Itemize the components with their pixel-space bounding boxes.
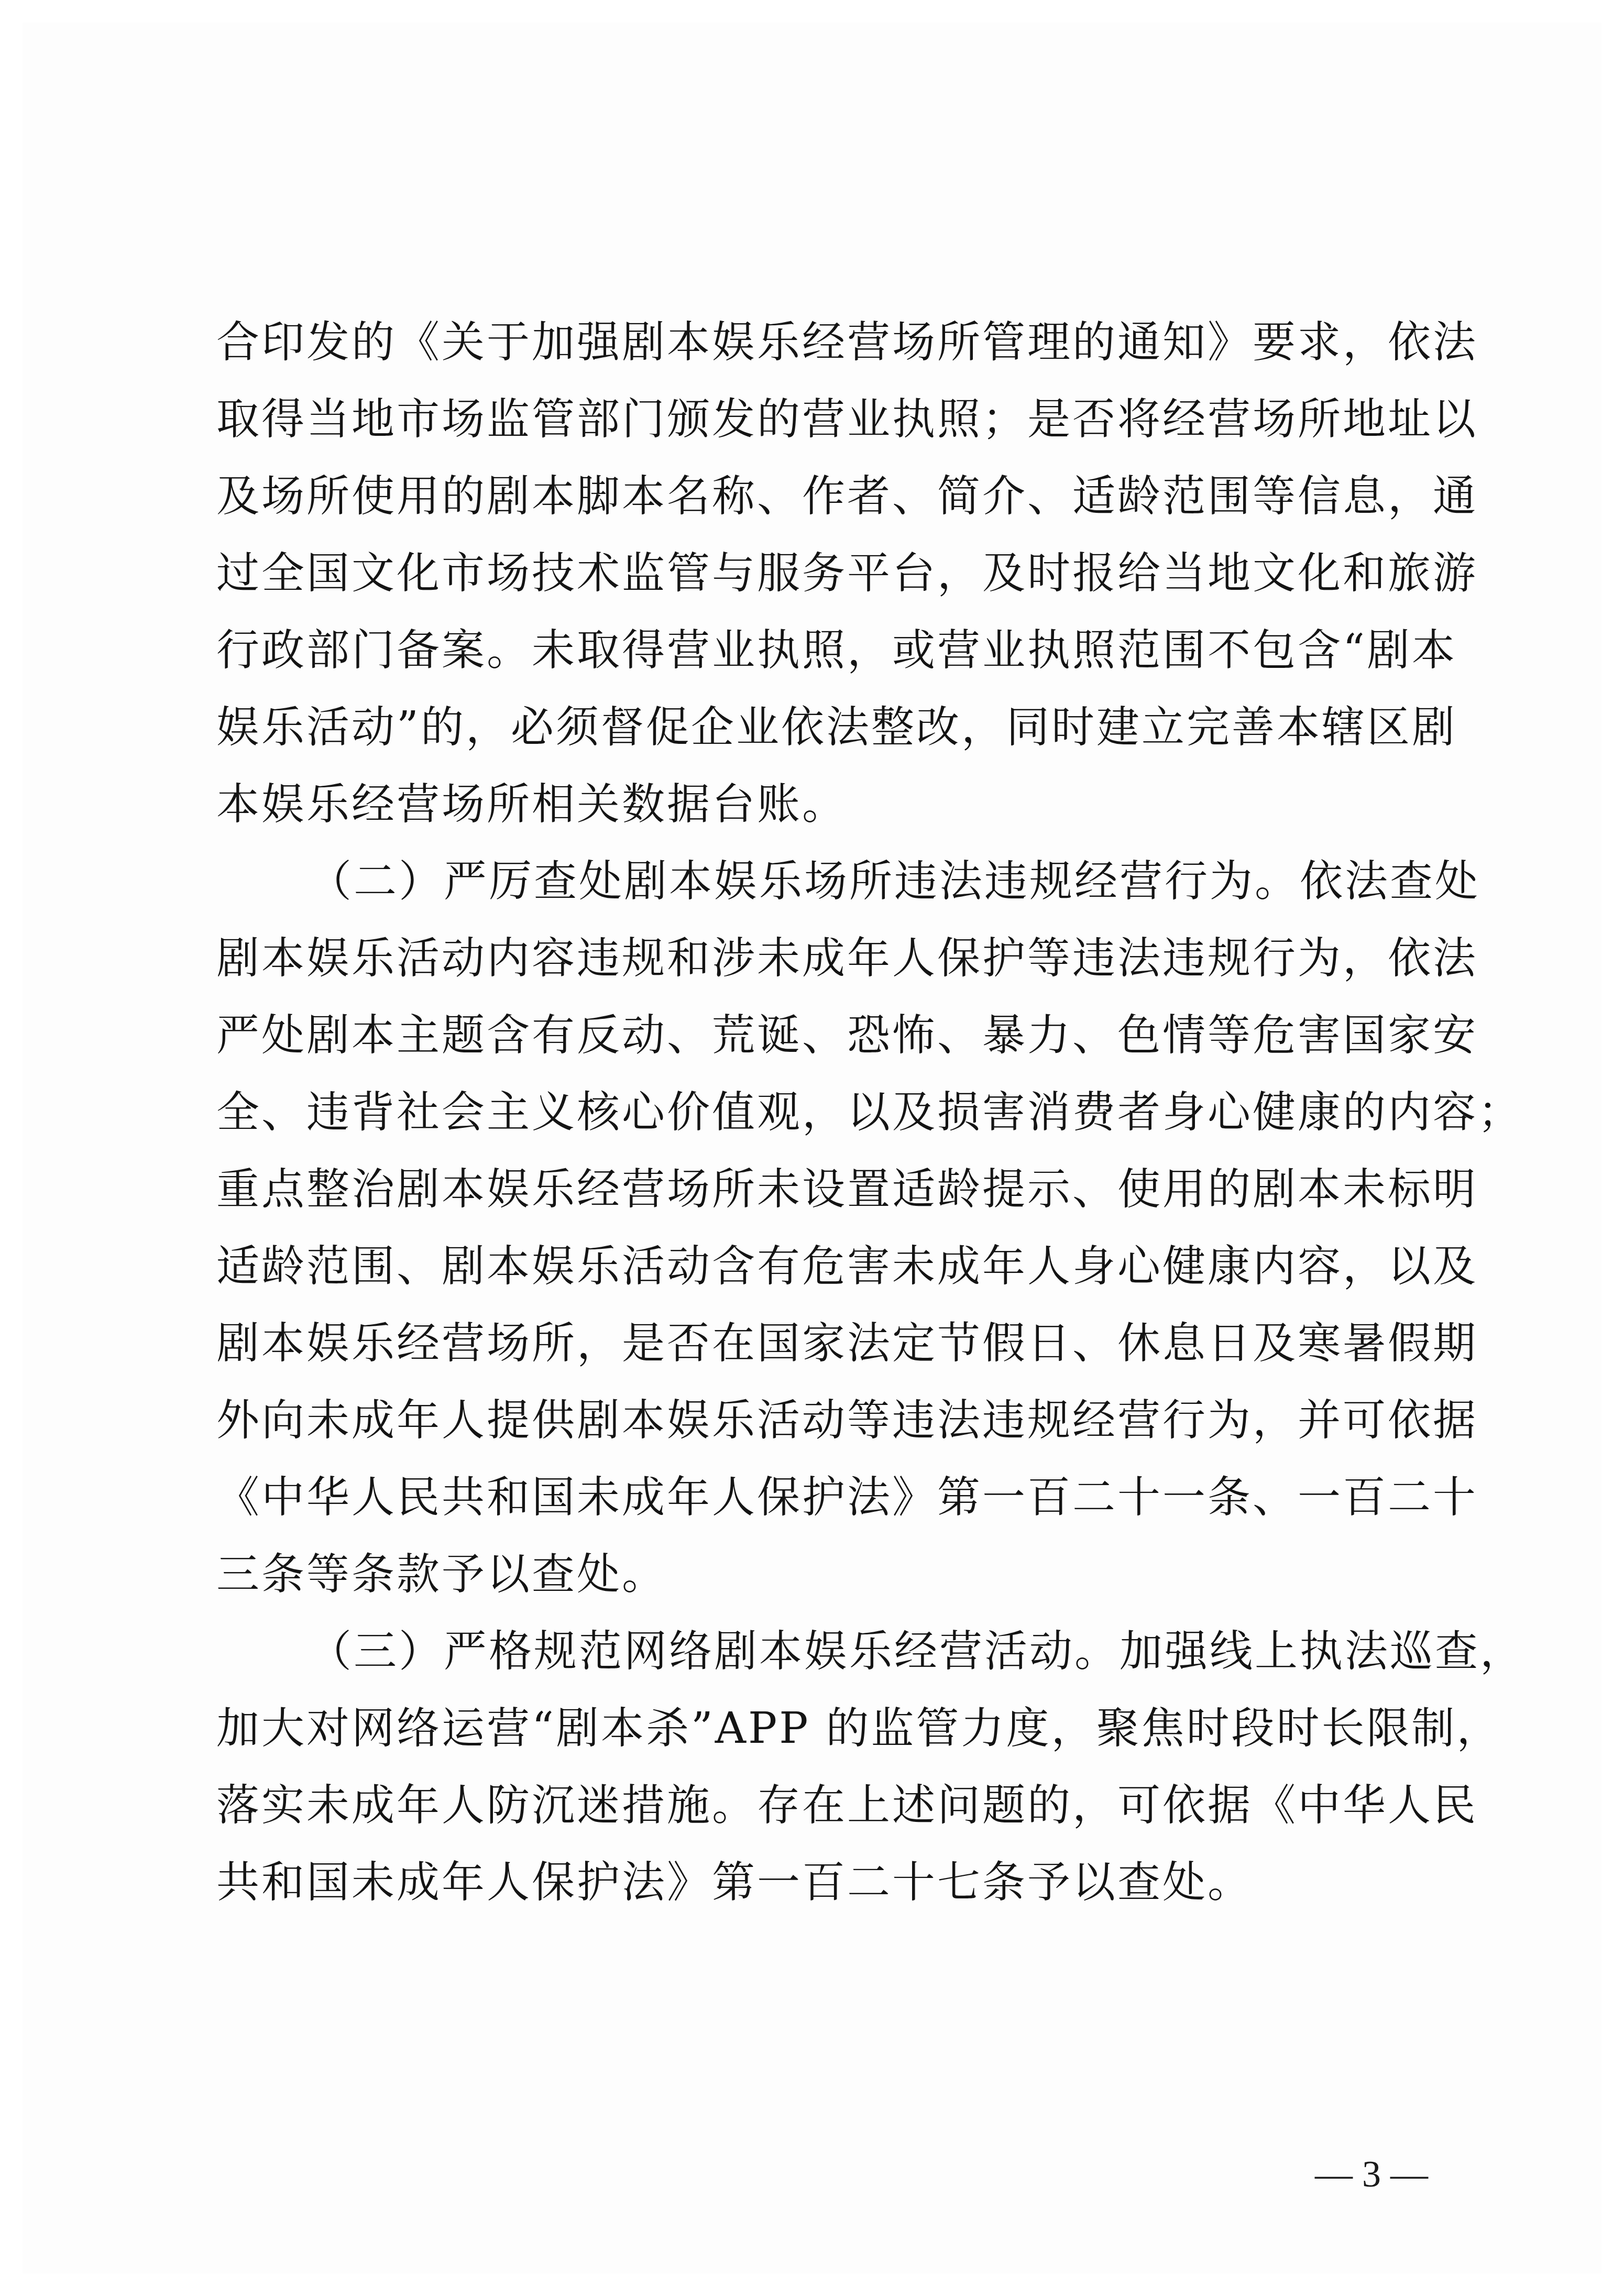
- text-line: 严处剧本主题含有反动、荒诞、恐怖、暴力、色情等危害国家安: [216, 997, 1420, 1074]
- section-heading-line: （二）严厉查处剧本娱乐场所违法违规经营行为。依法查处: [216, 843, 1420, 920]
- text-line: 适龄范围、剧本娱乐活动含有危害未成年人身心健康内容，以及: [216, 1228, 1420, 1305]
- section-heading-line: （三）严格规范网络剧本娱乐经营活动。加强线上执法巡查，: [216, 1613, 1420, 1690]
- text-line: 合印发的《关于加强剧本娱乐经营场所管理的通知》要求，依法: [216, 304, 1420, 381]
- paragraph-section-3: （三）严格规范网络剧本娱乐经营活动。加强线上执法巡查， 加大对网络运营“剧本杀”…: [216, 1613, 1420, 1921]
- paragraph-section-2: （二）严厉查处剧本娱乐场所违法违规经营行为。依法查处 剧本娱乐活动内容违规和涉未…: [216, 843, 1420, 1613]
- text-line: 及场所使用的剧本脚本名称、作者、简介、适龄范围等信息，通: [216, 458, 1420, 535]
- text-line: 过全国文化市场技术监管与服务平台，及时报给当地文化和旅游: [216, 535, 1420, 612]
- text-line: 剧本娱乐经营场所，是否在国家法定节假日、休息日及寒暑假期: [216, 1305, 1420, 1382]
- text-line: 重点整治剧本娱乐经营场所未设置适龄提示、使用的剧本未标明: [216, 1151, 1420, 1228]
- text-line: 共和国未成年人保护法》第一百二十七条予以查处。: [216, 1844, 1420, 1921]
- text-line: 落实未成年人防沉迷措施。存在上述问题的，可依据《中华人民: [216, 1767, 1420, 1844]
- text-line: 加大对网络运营“剧本杀”APP 的监管力度，聚焦时段时长限制，: [216, 1690, 1420, 1767]
- document-body: 合印发的《关于加强剧本娱乐经营场所管理的通知》要求，依法 取得当地市场监管部门颁…: [216, 304, 1420, 1921]
- text-line: 外向未成年人提供剧本娱乐活动等违法违规经营行为，并可依据: [216, 1382, 1420, 1459]
- text-line: 《中华人民共和国未成年人保护法》第一百二十一条、一百二十: [216, 1459, 1420, 1536]
- text-line: 行政部门备案。未取得营业执照，或营业执照范围不包含“剧本: [216, 612, 1420, 689]
- text-line: 本娱乐经营场所相关数据台账。: [216, 766, 1420, 843]
- paragraph-continued: 合印发的《关于加强剧本娱乐经营场所管理的通知》要求，依法 取得当地市场监管部门颁…: [216, 304, 1420, 843]
- text-line: 取得当地市场监管部门颁发的营业执照；是否将经营场所地址以: [216, 381, 1420, 458]
- page-number: — 3 —: [1315, 2145, 1425, 2203]
- text-line: 全、违背社会主义核心价值观，以及损害消费者身心健康的内容；: [216, 1074, 1420, 1151]
- text-line: 三条等条款予以查处。: [216, 1536, 1420, 1613]
- text-line: 娱乐活动”的，必须督促企业依法整改，同时建立完善本辖区剧: [216, 689, 1420, 766]
- text-line: 剧本娱乐活动内容违规和涉未成年人保护等违法违规行为，依法: [216, 920, 1420, 997]
